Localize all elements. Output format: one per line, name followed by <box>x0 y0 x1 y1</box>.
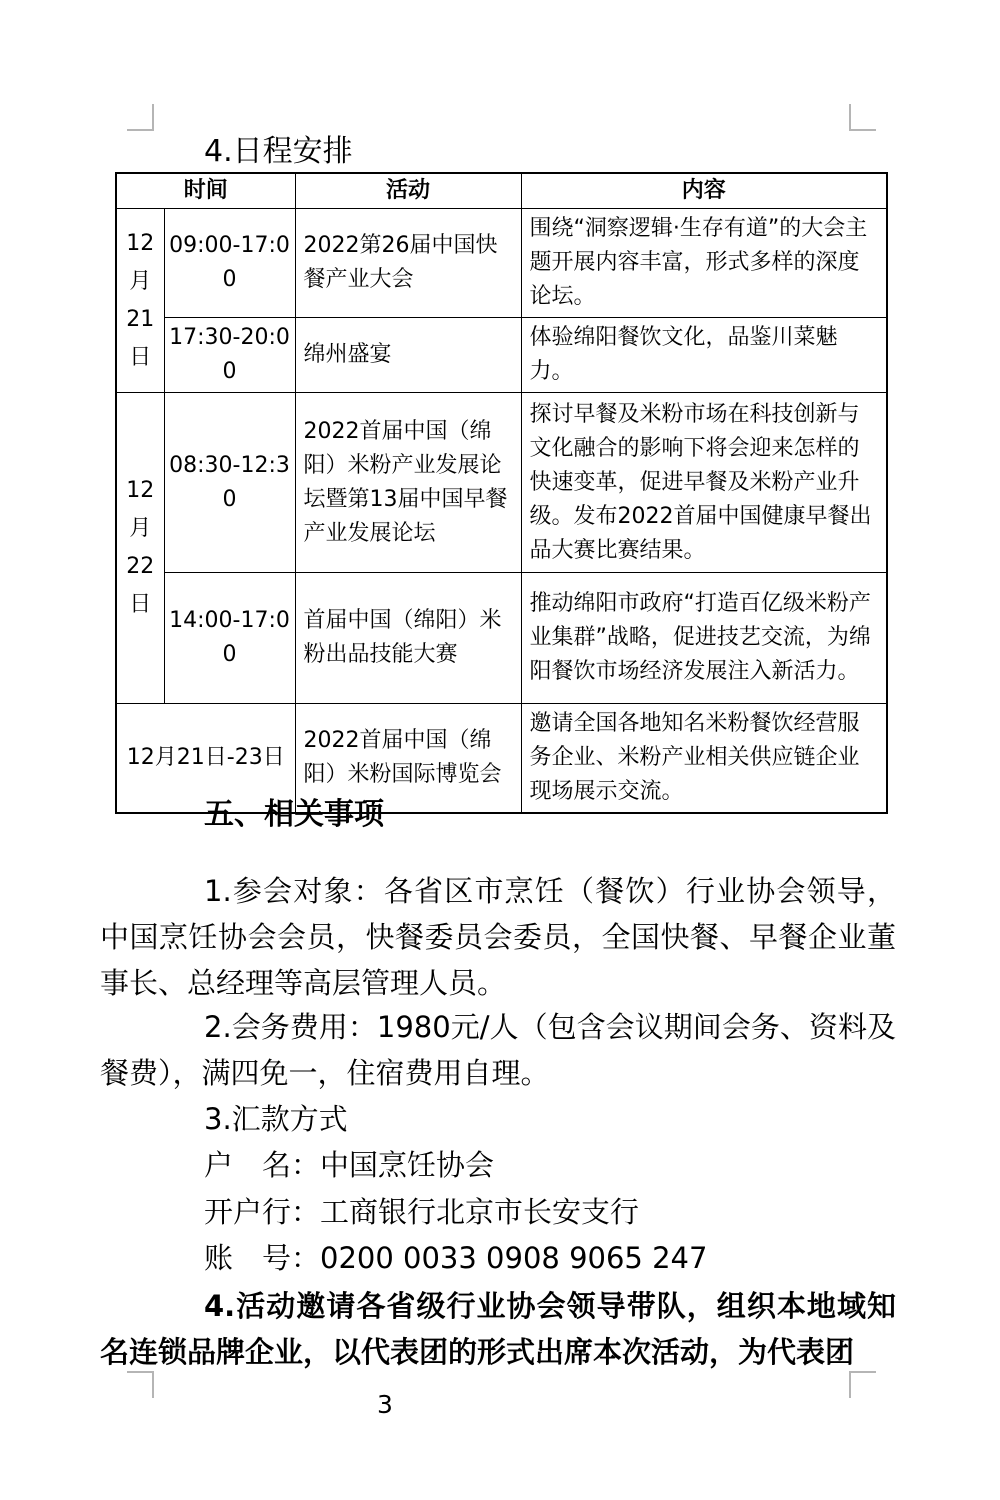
page-number: 3 <box>368 1390 402 1419</box>
margin-mark-top-left-icon <box>127 104 154 131</box>
activity-cell: 2022第26届中国快餐产业大会 <box>295 209 521 318</box>
date-cell: 12 月 22 日 <box>116 393 164 704</box>
content-cell: 邀请全国各地知名米粉餐饮经营服务企业、米粉产业相关供应链企业现场展示交流。 <box>521 704 887 814</box>
time-cell: 17:30-20:00 <box>164 318 295 393</box>
table-row: 17:30-20:00 绵州盛宴 体验绵阳餐饮文化，品鉴川菜魅力。 <box>116 318 887 393</box>
remittance-heading: 3.汇款方式 <box>100 1096 896 1142</box>
col-header-time: 时间 <box>116 173 295 209</box>
attendees-paragraph: 1.参会对象：各省区市烹饪（餐饮）行业协会领导，中国烹饪协会会员，快餐委员会委员… <box>100 868 896 1006</box>
time-cell: 09:00-17:00 <box>164 209 295 318</box>
activity-cell: 首届中国（绵阳）米粉出品技能大赛 <box>295 573 521 704</box>
margin-mark-bottom-right-icon <box>849 1371 876 1398</box>
margin-mark-bottom-left-icon <box>127 1371 154 1398</box>
content-cell: 推动绵阳市政府“打造百亿级米粉产业集群”战略，促进技艺交流，为绵阳餐饮市场经济发… <box>521 573 887 704</box>
col-header-activity: 活动 <box>295 173 521 209</box>
section4-title: 4.日程安排 <box>204 135 353 169</box>
date-cell: 12 月 21 日 <box>116 209 164 393</box>
account-number-line: 账 号：0200 0033 0908 9065 247 <box>100 1235 896 1281</box>
document-page: 4.日程安排 时间 活动 内容 12 月 21 日 09:00-17:00 20… <box>0 0 1000 1500</box>
schedule-table: 时间 活动 内容 12 月 21 日 09:00-17:00 2022第26届中… <box>115 172 888 814</box>
margin-mark-top-right-icon <box>849 104 876 131</box>
content-cell: 体验绵阳餐饮文化，品鉴川菜魅力。 <box>521 318 887 393</box>
content-cell: 探讨早餐及米粉市场在科技创新与文化融合的影响下将会迎来怎样的快速变革，促进早餐及… <box>521 393 887 573</box>
account-name-line: 户 名：中国烹饪协会 <box>100 1142 896 1188</box>
delegation-paragraph: 4.活动邀请各省级行业协会领导带队，组织本地域知名连锁品牌企业，以代表团的形式出… <box>100 1283 896 1375</box>
bank-line: 开户行：工商银行北京市长安支行 <box>100 1189 896 1235</box>
activity-cell: 绵州盛宴 <box>295 318 521 393</box>
table-row: 12 月 21 日 09:00-17:00 2022第26届中国快餐产业大会 围… <box>116 209 887 318</box>
table-row: 14:00-17:00 首届中国（绵阳）米粉出品技能大赛 推动绵阳市政府“打造百… <box>116 573 887 704</box>
section5-heading: 五、相关事项 <box>204 795 384 835</box>
table-row: 12 月 22 日 08:30-12:30 2022首届中国（绵阳）米粉产业发展… <box>116 393 887 573</box>
table-header-row: 时间 活动 内容 <box>116 173 887 209</box>
content-cell: 围绕“洞察逻辑·生存有道”的大会主题开展内容丰富，形式多样的深度论坛。 <box>521 209 887 318</box>
col-header-content: 内容 <box>521 173 887 209</box>
activity-cell: 2022首届中国（绵阳）米粉产业发展论坛暨第13届中国早餐产业发展论坛 <box>295 393 521 573</box>
fee-paragraph: 2.会务费用：1980元/人（包含会议期间会务、资料及餐费），满四免一，住宿费用… <box>100 1004 896 1096</box>
time-cell: 08:30-12:30 <box>164 393 295 573</box>
time-cell: 14:00-17:00 <box>164 573 295 704</box>
